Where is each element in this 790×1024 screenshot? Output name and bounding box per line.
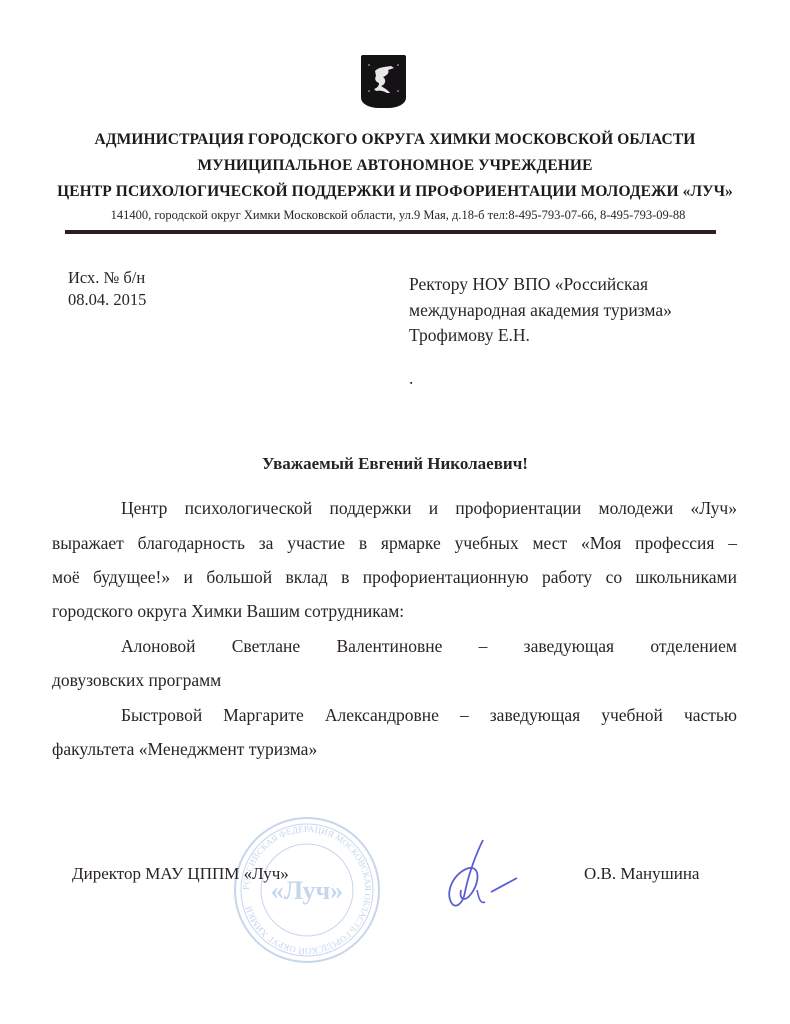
body-p1-line-1: Центр психологической поддержки и профор… bbox=[121, 496, 737, 520]
letterhead-divider bbox=[65, 230, 716, 234]
recipient-dot: . bbox=[409, 366, 413, 390]
letterhead-address: 141400, городской округ Химки Московской… bbox=[0, 208, 790, 223]
salutation: Уважаемый Евгений Николаевич! bbox=[0, 452, 790, 476]
body-p1-line-2: выражает благодарность за участие в ярма… bbox=[52, 531, 737, 555]
signatory-name: О.В. Манушина bbox=[584, 862, 699, 886]
coat-of-arms-icon bbox=[361, 55, 406, 108]
body-p3-line-1: Быстровой Маргарите Александровне – заве… bbox=[121, 703, 737, 727]
body-p2-line-2: довузовских программ bbox=[52, 668, 737, 692]
letterhead-institution-type: МУНИЦИПАЛЬНОЕ АВТОНОМНОЕ УЧРЕЖДЕНИЕ bbox=[0, 157, 790, 175]
letterhead-administration: АДМИНИСТРАЦИЯ ГОРОДСКОГО ОКРУГА ХИМКИ МО… bbox=[0, 131, 790, 149]
letterhead-center-name: ЦЕНТР ПСИХОЛОГИЧЕСКОЙ ПОДДЕРЖКИ И ПРОФОР… bbox=[0, 183, 790, 201]
outgoing-date: 08.04. 2015 bbox=[68, 288, 146, 312]
recipient-line-3: Трофимову Е.Н. bbox=[409, 323, 530, 347]
recipient-line-2: международная академия туризма» bbox=[409, 298, 672, 322]
outgoing-number: Исх. № б/н bbox=[68, 266, 145, 290]
handwritten-signature bbox=[425, 832, 530, 917]
body-p2-line-1: Алоновой Светлане Валентиновне – заведую… bbox=[121, 634, 737, 658]
body-p1-line-3: моё будущее!» и большой вклад в профорие… bbox=[52, 565, 737, 589]
official-stamp: РОССИЙСКАЯ ФЕДЕРАЦИЯ МОСКОВСКАЯ ОБЛАСТЬ … bbox=[232, 815, 382, 965]
body-p3-line-2: факультета «Менеджмент туризма» bbox=[52, 737, 737, 761]
body-p1-line-4: городского округа Химки Вашим сотрудника… bbox=[52, 599, 737, 623]
signatory-position: Директор МАУ ЦППМ «Луч» bbox=[72, 862, 289, 886]
recipient-line-1: Ректору НОУ ВПО «Российская bbox=[409, 272, 648, 296]
